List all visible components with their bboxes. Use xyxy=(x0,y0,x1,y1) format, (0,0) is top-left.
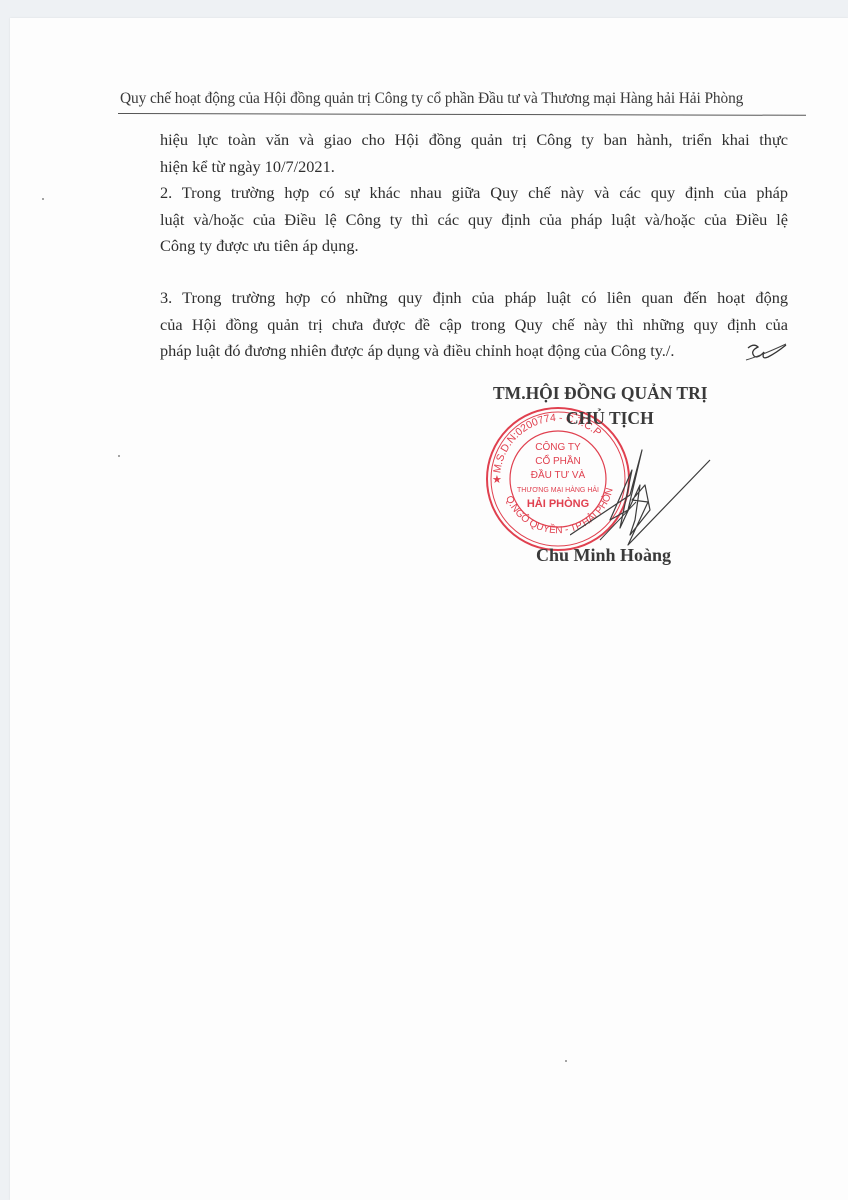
initials-mark-icon xyxy=(744,340,788,364)
text-line: pháp luật đó đương nhiên được áp dụng và… xyxy=(160,338,788,365)
signature-on-behalf: TM.HỘI ĐỒNG QUẢN TRỊ xyxy=(493,383,708,404)
text-line: luật và/hoặc của Điều lệ Công ty thì các… xyxy=(160,207,788,234)
text-line: hiệu lực toàn văn và giao cho Hội đồng q… xyxy=(160,127,788,154)
text-line: hiện kể từ ngày 10/7/2021. xyxy=(160,154,788,181)
signatory-name: Chu Minh Hoàng xyxy=(536,545,671,566)
text-line: 3. Trong trường hợp có những quy định củ… xyxy=(160,285,788,312)
running-header: Quy chế hoạt động của Hội đồng quản trị … xyxy=(120,90,743,108)
signature-role: CHỦ TỊCH xyxy=(566,408,654,429)
text-line: 2. Trong trường hợp có sự khác nhau giữa… xyxy=(160,180,788,207)
svg-text:★: ★ xyxy=(492,474,502,486)
scan-speck xyxy=(118,455,120,457)
paragraph-2: 2. Trong trường hợp có sự khác nhau giữa… xyxy=(160,180,788,260)
text-line: của Hội đồng quản trị chưa được đề cập t… xyxy=(160,312,788,339)
text-line: Công ty được ưu tiên áp dụng. xyxy=(160,233,788,260)
scan-speck xyxy=(565,1060,567,1062)
scan-speck xyxy=(42,198,44,200)
handwritten-signature-icon xyxy=(570,440,720,550)
paragraph-continuation: hiệu lực toàn văn và giao cho Hội đồng q… xyxy=(160,127,788,180)
paragraph-3: 3. Trong trường hợp có những quy định củ… xyxy=(160,285,788,365)
